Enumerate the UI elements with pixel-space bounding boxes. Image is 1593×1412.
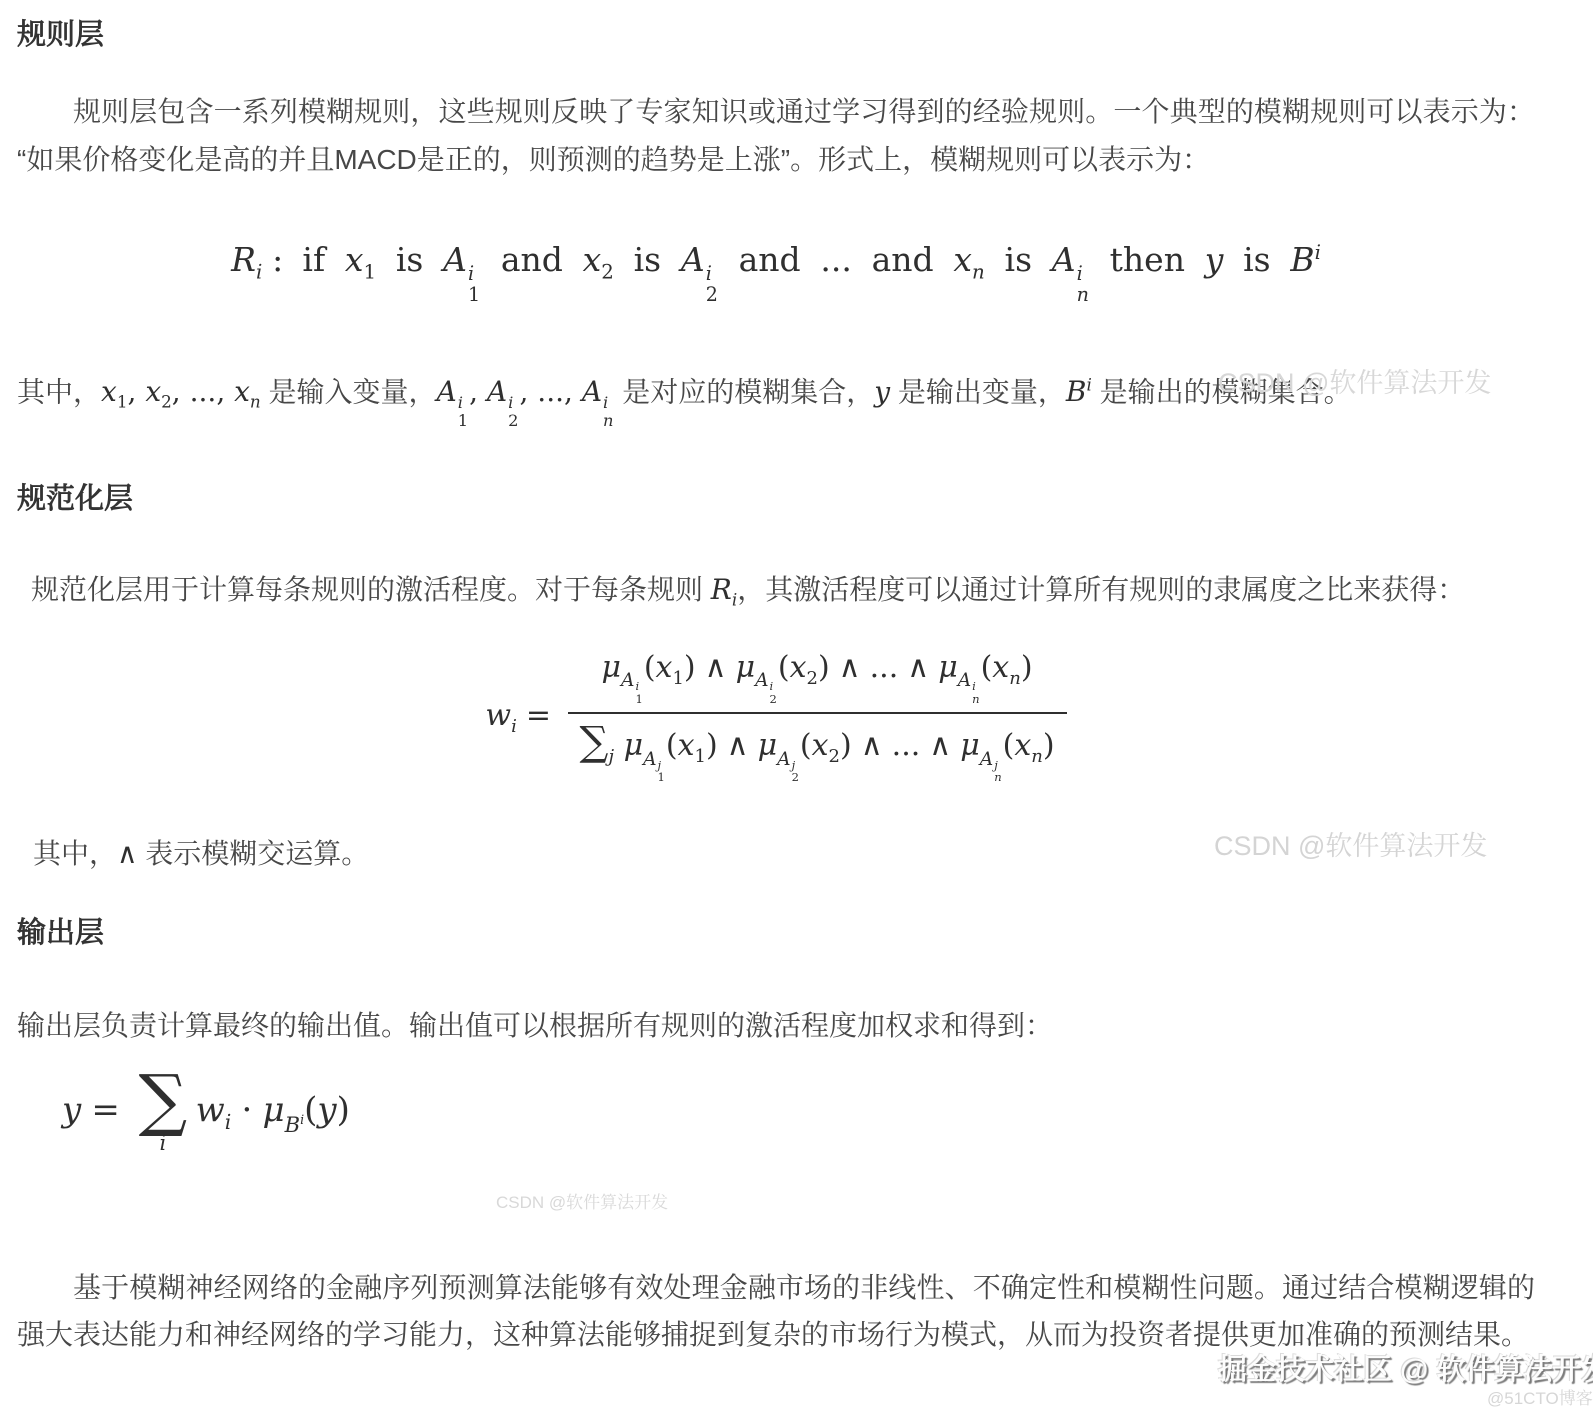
normalization-formula: wi=μAi1(x1)∧μAi2(x2)∧...∧μAin(xn)∑j μAj1… (17, 650, 1535, 784)
rule-where-paragraph: 其中，x1, x2, ..., xn 是输入变量，Ai1, Ai2, ..., … (17, 361, 1535, 430)
inline-math-A-list: Ai1, Ai2, ..., Ain (437, 375, 615, 408)
rule-formula-math: Ri:if x1 is Ai1 and x2 is Ai2 and ... an… (231, 240, 1321, 279)
article-content: 规则层 规则层包含一系列模糊规则，这些规则反映了专家知识或通过学习得到的经验规则… (0, 18, 1593, 1358)
wedge-icon: ∧ (117, 837, 138, 870)
heading-rule-layer: 规则层 (17, 18, 1535, 52)
normalization-paragraph: 规范化层用于计算每条规则的激活程度。对于每条规则 Ri，其激活程度可以通过计算所… (17, 566, 1535, 624)
rule-layer-paragraph: 规则层包含一系列模糊规则，这些规则反映了专家知识或通过学习得到的经验规则。一个典… (17, 88, 1535, 184)
heading-normalization-layer: 规范化层 (17, 482, 1535, 516)
inline-math-Ri: Ri (711, 573, 737, 606)
heading-output-layer: 输出层 (17, 916, 1535, 950)
sum-icon: ∑ (580, 717, 609, 765)
fraction-numerator: μAi1(x1)∧μAi2(x2)∧...∧μAin(xn) (590, 650, 1045, 713)
watermark-51cto: @51CTO博客 (1487, 1384, 1593, 1409)
inline-math-B: Bi (1066, 375, 1092, 408)
normalization-formula-math: wi=μAi1(x1)∧μAi2(x2)∧...∧μAin(xn)∑j μAj1… (485, 698, 1066, 733)
rule-formula: Ri:if x1 is Ai1 and x2 is Ai2 and ... an… (17, 240, 1535, 305)
article-page: { "rule_layer": { "heading": "规则层", "par… (0, 0, 1593, 1412)
inline-math-y: y (874, 375, 890, 408)
output-formula-math: y=∑iwi·μBi(y) (62, 1090, 350, 1130)
output-formula: y=∑iwi·μBi(y) (62, 1070, 1535, 1154)
big-sum-icon: ∑i (139, 1070, 188, 1154)
fraction-denominator: ∑j μAj1(x1)∧μAj2(x2)∧...∧μAjn(xn) (568, 712, 1067, 784)
normalization-where-paragraph: 其中，∧ 表示模糊交运算。 (17, 830, 1535, 878)
conclusion-paragraph: 基于模糊神经网络的金融序列预测算法能够有效处理金融市场的非线性、不确定性和模糊性… (17, 1264, 1535, 1358)
output-paragraph: 输出层负责计算最终的输出值。输出值可以根据所有规则的激活程度加权求和得到： (17, 1002, 1535, 1050)
fraction: μAi1(x1)∧μAi2(x2)∧...∧μAin(xn)∑j μAj1(x1… (568, 650, 1067, 784)
inline-math-x-list: x1, x2, ..., xn (101, 375, 261, 408)
